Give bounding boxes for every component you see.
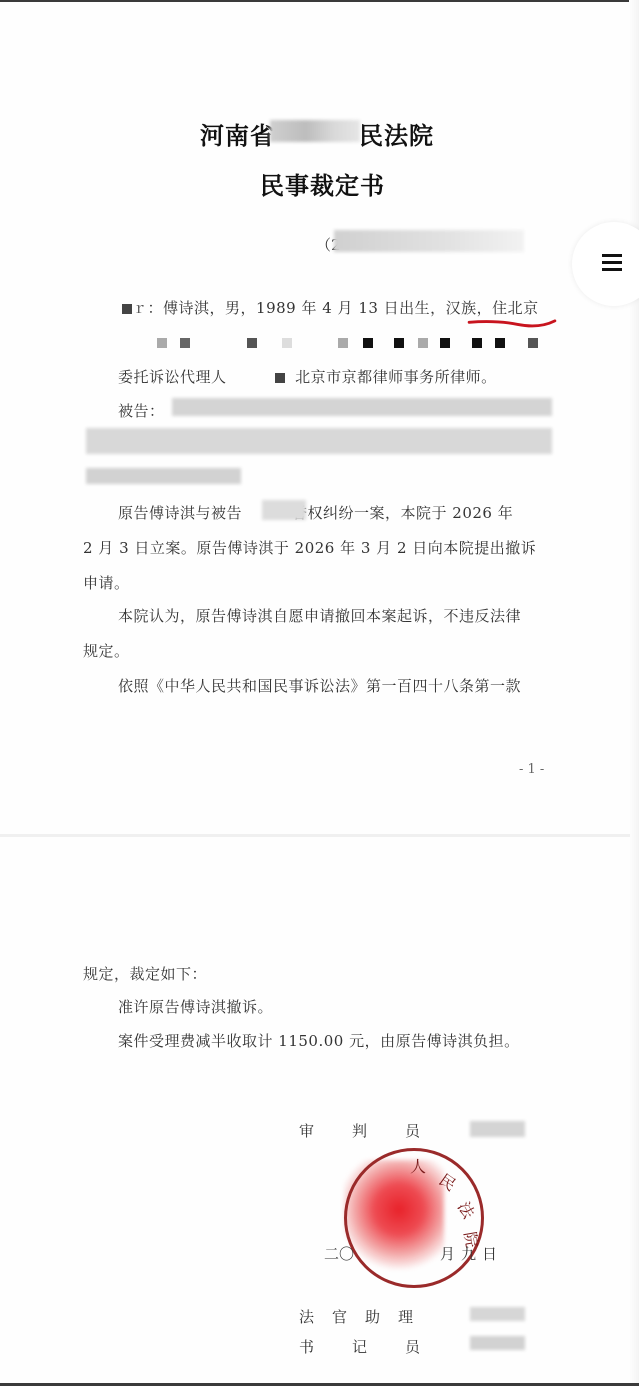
seal-char-1: 人 (410, 1154, 426, 1177)
para2-line2: 规定。 (83, 640, 130, 661)
clerk-label: 书记员 (299, 1336, 420, 1357)
redacted-defendant-line2 (86, 428, 552, 454)
judge-char-1: 审 (299, 1122, 314, 1140)
para1-line1-a: 原告傅诗淇与被告 (118, 504, 242, 522)
judge-char-3: 员 (405, 1122, 420, 1140)
assistant-char-2: 官 (332, 1308, 347, 1326)
ruling-item-2: 案件受理费减半收取计 1150.00 元，由原告傅诗淇负担。 (118, 1030, 520, 1051)
redacted-defendant-line3 (86, 468, 241, 484)
page-break (0, 834, 630, 837)
redacted-agent-name (275, 373, 285, 383)
ruling-item-1: 准许原告傅诗淇撤诉。 (118, 996, 273, 1017)
assistant-char-3: 助 (365, 1308, 380, 1326)
plaintiff-info: 傅诗淇，男，1989 年 4 月 13 日出生，汉族，住北京 (163, 299, 539, 317)
clerk-char-3: 员 (405, 1338, 420, 1356)
document-title: 民事裁定书 (260, 166, 385, 201)
judge-char-2: 判 (352, 1122, 367, 1140)
redacted-defendant-name (262, 500, 306, 520)
para1-line2: 2 月 3 日立案。原告傅诗淇于 2026 年 3 月 2 日向本院提出撤诉 (83, 537, 536, 558)
para2-line1: 本院认为，原告傅诗淇自愿申请撤回本案起诉，不违反法律 (118, 605, 521, 626)
redacted-court-name (270, 120, 360, 142)
assistant-char-1: 法 (299, 1308, 314, 1326)
agent-line: 委托诉讼代理人 北京市京都律师事务所律师。 (118, 366, 497, 387)
redacted-judge-name (470, 1121, 525, 1137)
page-right-edge (629, 0, 639, 1386)
hamburger-menu-icon[interactable] (602, 254, 622, 272)
court-name-suffix: 民法院 (359, 121, 434, 150)
date-suffix: 月九日 (440, 1243, 503, 1264)
judge-label: 审判员 (299, 1120, 420, 1141)
date-prefix: 二〇 (324, 1243, 354, 1264)
top-border (0, 0, 639, 2)
para1-line1: 原告傅诗淇与被告誉权纠纷一案，本院于 2026 年 (118, 502, 513, 523)
assistant-char-4: 理 (398, 1308, 413, 1326)
para1-line1-b: 誉权纠纷一案，本院于 2026 年 (292, 504, 513, 522)
clerk-char-1: 书 (299, 1338, 314, 1356)
redacted-clerk-name (470, 1336, 525, 1350)
redacted-assistant-name (470, 1307, 525, 1321)
redacted-square (122, 304, 132, 314)
para1-line3: 申请。 (83, 572, 130, 593)
court-name-prefix: 河南省 (200, 121, 275, 150)
clerk-char-2: 记 (352, 1338, 367, 1356)
ruling-intro: 规定，裁定如下： (83, 963, 207, 984)
page-number: - 1 - (519, 762, 544, 777)
assistant-label: 法官助理 (299, 1306, 413, 1327)
redacted-defendant-line1 (172, 398, 552, 416)
agent-firm: 北京市京都律师事务所律师。 (295, 368, 497, 386)
redacted-case-number (334, 230, 524, 252)
plaintiff-line: ｒ：傅诗淇，男，1989 年 4 月 13 日出生，汉族，住北京 (122, 297, 539, 318)
agent-label: 委托诉讼代理人 (118, 368, 227, 386)
plaintiff-colon: ： (148, 299, 164, 317)
defendant-label: 被告： (118, 400, 165, 421)
red-underline-annotation (450, 318, 574, 328)
para3-line1: 依照《中华人民共和国民事诉讼法》第一百四十八条第一款 (118, 675, 521, 696)
